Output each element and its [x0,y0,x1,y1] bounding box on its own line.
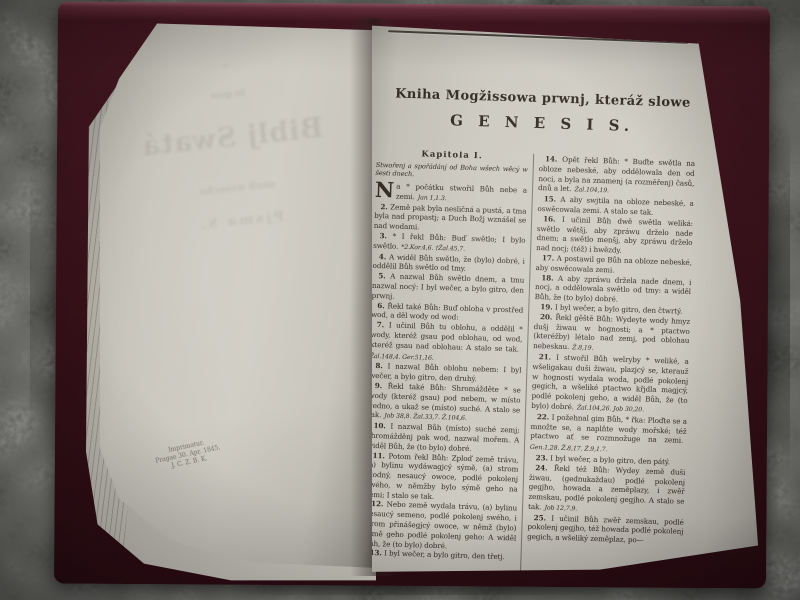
verse-number: 3. [379,231,392,240]
verse: 19. I byl wečer, a bylo gitro, den čtwrt… [534,302,690,317]
verse-number: 4. [379,252,390,261]
verse: 21. I stwořil Bůh welryby * weliké, a wš… [531,352,689,417]
scripture-reference: Jan 1,1.3. [415,194,447,202]
verses-right: 14. Opět řekl Bůh: * Buďte swětla na obl… [527,154,695,547]
verse-number: 17. [542,253,557,262]
verse-number: 23. [536,453,551,462]
verse: Na * počátku stwořil Bůh nebe a zemi. Ja… [375,181,528,206]
verse: 20. Řekl gěště Bůh: Wydeyte wody hmyz du… [533,312,690,357]
left-page: ~ to gest Biblj Swatá aneb wssecka Pjsma… [100,18,372,570]
verse: 3. * I řekl Bůh: Buď swětlo; I bylo swět… [373,231,526,256]
chapter-summary: Stwořenj a spořádánj od Boha wšech wěcý … [375,161,527,183]
ghost-line: Biblj Swatá [116,106,349,170]
drop-cap: N [375,181,395,199]
scripture-reference: Ž.8,19. [569,344,593,352]
scripture-reference: Gen.1,28. Ž.8,17. Ž.9,1.7. [530,438,686,453]
verse-number: 15. [544,194,561,204]
ghost-line: aneb wssecka [122,168,352,207]
verse: 18. A aby zpráwu držela nade dnem, i noc… [535,273,692,307]
verse: 6. Řekl také Bůh: Buď obloha v prostřed … [371,300,524,324]
verse: 12. Nebo země wydala trávu, (a) bylinu n… [364,499,517,553]
verse: 11. Potom řekl Bůh: Zploď země trávu, (a… [365,450,518,504]
verse: 4. A widěl Bůh swětlo, že (bylo) dobré, … [372,251,525,275]
stamp-line: Pragae 30. Apr. 1845. [128,439,247,472]
verse: 22. I požehnal gim Bůh, * řka: Ploďte se… [530,412,687,458]
verse: 17. A postawil ge Bůh na obloze nebeské,… [535,253,692,277]
verse-number: 24. [535,463,554,473]
verse: 10. I nazwal Bůh (místo) suché zemj; shr… [367,421,520,455]
scripture-reference: Žal.148,4. Ger.51,16. [370,346,522,361]
verse: 9. Řekl také Bůh: Shromážděte * se wody … [368,381,521,426]
scripture-reference: Žal.104,19. [571,186,609,194]
verse: 23. I byl wečer, a bylo gitro, den pátý. [529,453,685,468]
verse-number: 20. [540,312,556,321]
verse: 5. A nazwal Bůh swětlo dnem, a tmu nazwa… [372,271,525,305]
verse-number: 16. [543,214,562,224]
book-title-line: Kniha Mogžissowa prwnj, kteráž slowe [378,86,708,111]
photo: ~ to gest Biblj Swatá aneb wssecka Pjsma… [0,0,800,600]
verse: 15. A aby swjtila na obloze nebeské, a o… [537,194,694,218]
text-column-right: 14. Opět řekl Bůh: * Buďte swětla na obl… [520,154,695,579]
chapter-heading: Kapitola I. [376,149,528,164]
verse-number: 7. [377,320,389,329]
verse: 13. I byl wečer, a bylo gitro, den třetj… [363,548,515,563]
scripture-reference: Job 12,7.9. [541,504,577,512]
scripture-reference: Job 38,8. Žal.33,7. Ž.104,6. [381,413,467,423]
verse-number: 21. [539,352,557,362]
verse: 2. Země pak byla nesličná a pustá, a tma… [374,201,527,235]
stamp-line: Imprimatur. [127,431,246,464]
ghost-line: Pjsma S. [126,199,357,242]
verse-number: 11. [373,450,389,459]
verse: 8. I nazwal Bůh oblohu nebem: I byl weče… [369,361,522,385]
page-header: Kniha Mogžissowa prwnj, kteráž slowe G E… [377,86,708,137]
verse: 24. Řekl též Bůh: Wydey země duši žiwau,… [528,463,685,518]
verse-number: 12. [371,499,387,508]
printed-text-block: Kniha Mogžissowa prwnj, kteráž slowe G E… [363,30,710,594]
right-page: Kniha Mogžissowa prwnj, kteráž slowe G E… [370,20,766,582]
library-stamp: Imprimatur. Pragae 30. Apr. 1845. J. C. … [127,431,249,479]
scripture-reference: *2.Kor.4,6. †Žal.45,7. [398,243,465,252]
verse: 14. Opět řekl Bůh: * Buďte swětla na obl… [538,154,695,199]
verse-number: 5. [378,271,390,280]
verse-number: 8. [375,361,387,370]
verse: 25. I učinil Bůh zwěř zemskau, podlé pok… [527,513,684,547]
book: ~ to gest Biblj Swatá aneb wssecka Pjsma… [0,0,800,600]
verse-number: 25. [534,513,552,523]
verse: 7. I učinil Bůh tu oblohu, a oddělil * w… [370,320,523,366]
verse-number: 22. [537,412,552,421]
verse-number: 2. [380,202,390,211]
show-through-text: ~ to gest Biblj Swatá aneb wssecka Pjsma… [110,46,357,242]
verse-number: 18. [541,273,558,283]
scripture-reference: Žal.104,26. Job 30,20. [574,404,644,413]
verses-left: Na * počátku stwořil Bůh nebe a zemi. Ja… [363,181,527,563]
verse: 16. I učinil Bůh dwě swětla weliká: swět… [536,214,693,258]
verse-number: 6. [377,301,387,310]
verse-number: 19. [540,302,555,311]
ghost-line: to gest [113,77,343,114]
stamp-line: J. C. Z. B. K. [130,446,249,479]
ghost-line: ~ [110,46,340,86]
genesis-title: G E N E S I S. [377,109,707,137]
text-columns: Kapitola I. Stwořenj a spořádánj od Boha… [363,149,706,579]
verse-number: 9. [375,381,388,390]
verse-number: 14. [545,154,562,164]
verse-number: 10. [373,421,390,431]
text-column-left: Kapitola I. Stwořenj a spořádánj od Boha… [363,149,528,574]
